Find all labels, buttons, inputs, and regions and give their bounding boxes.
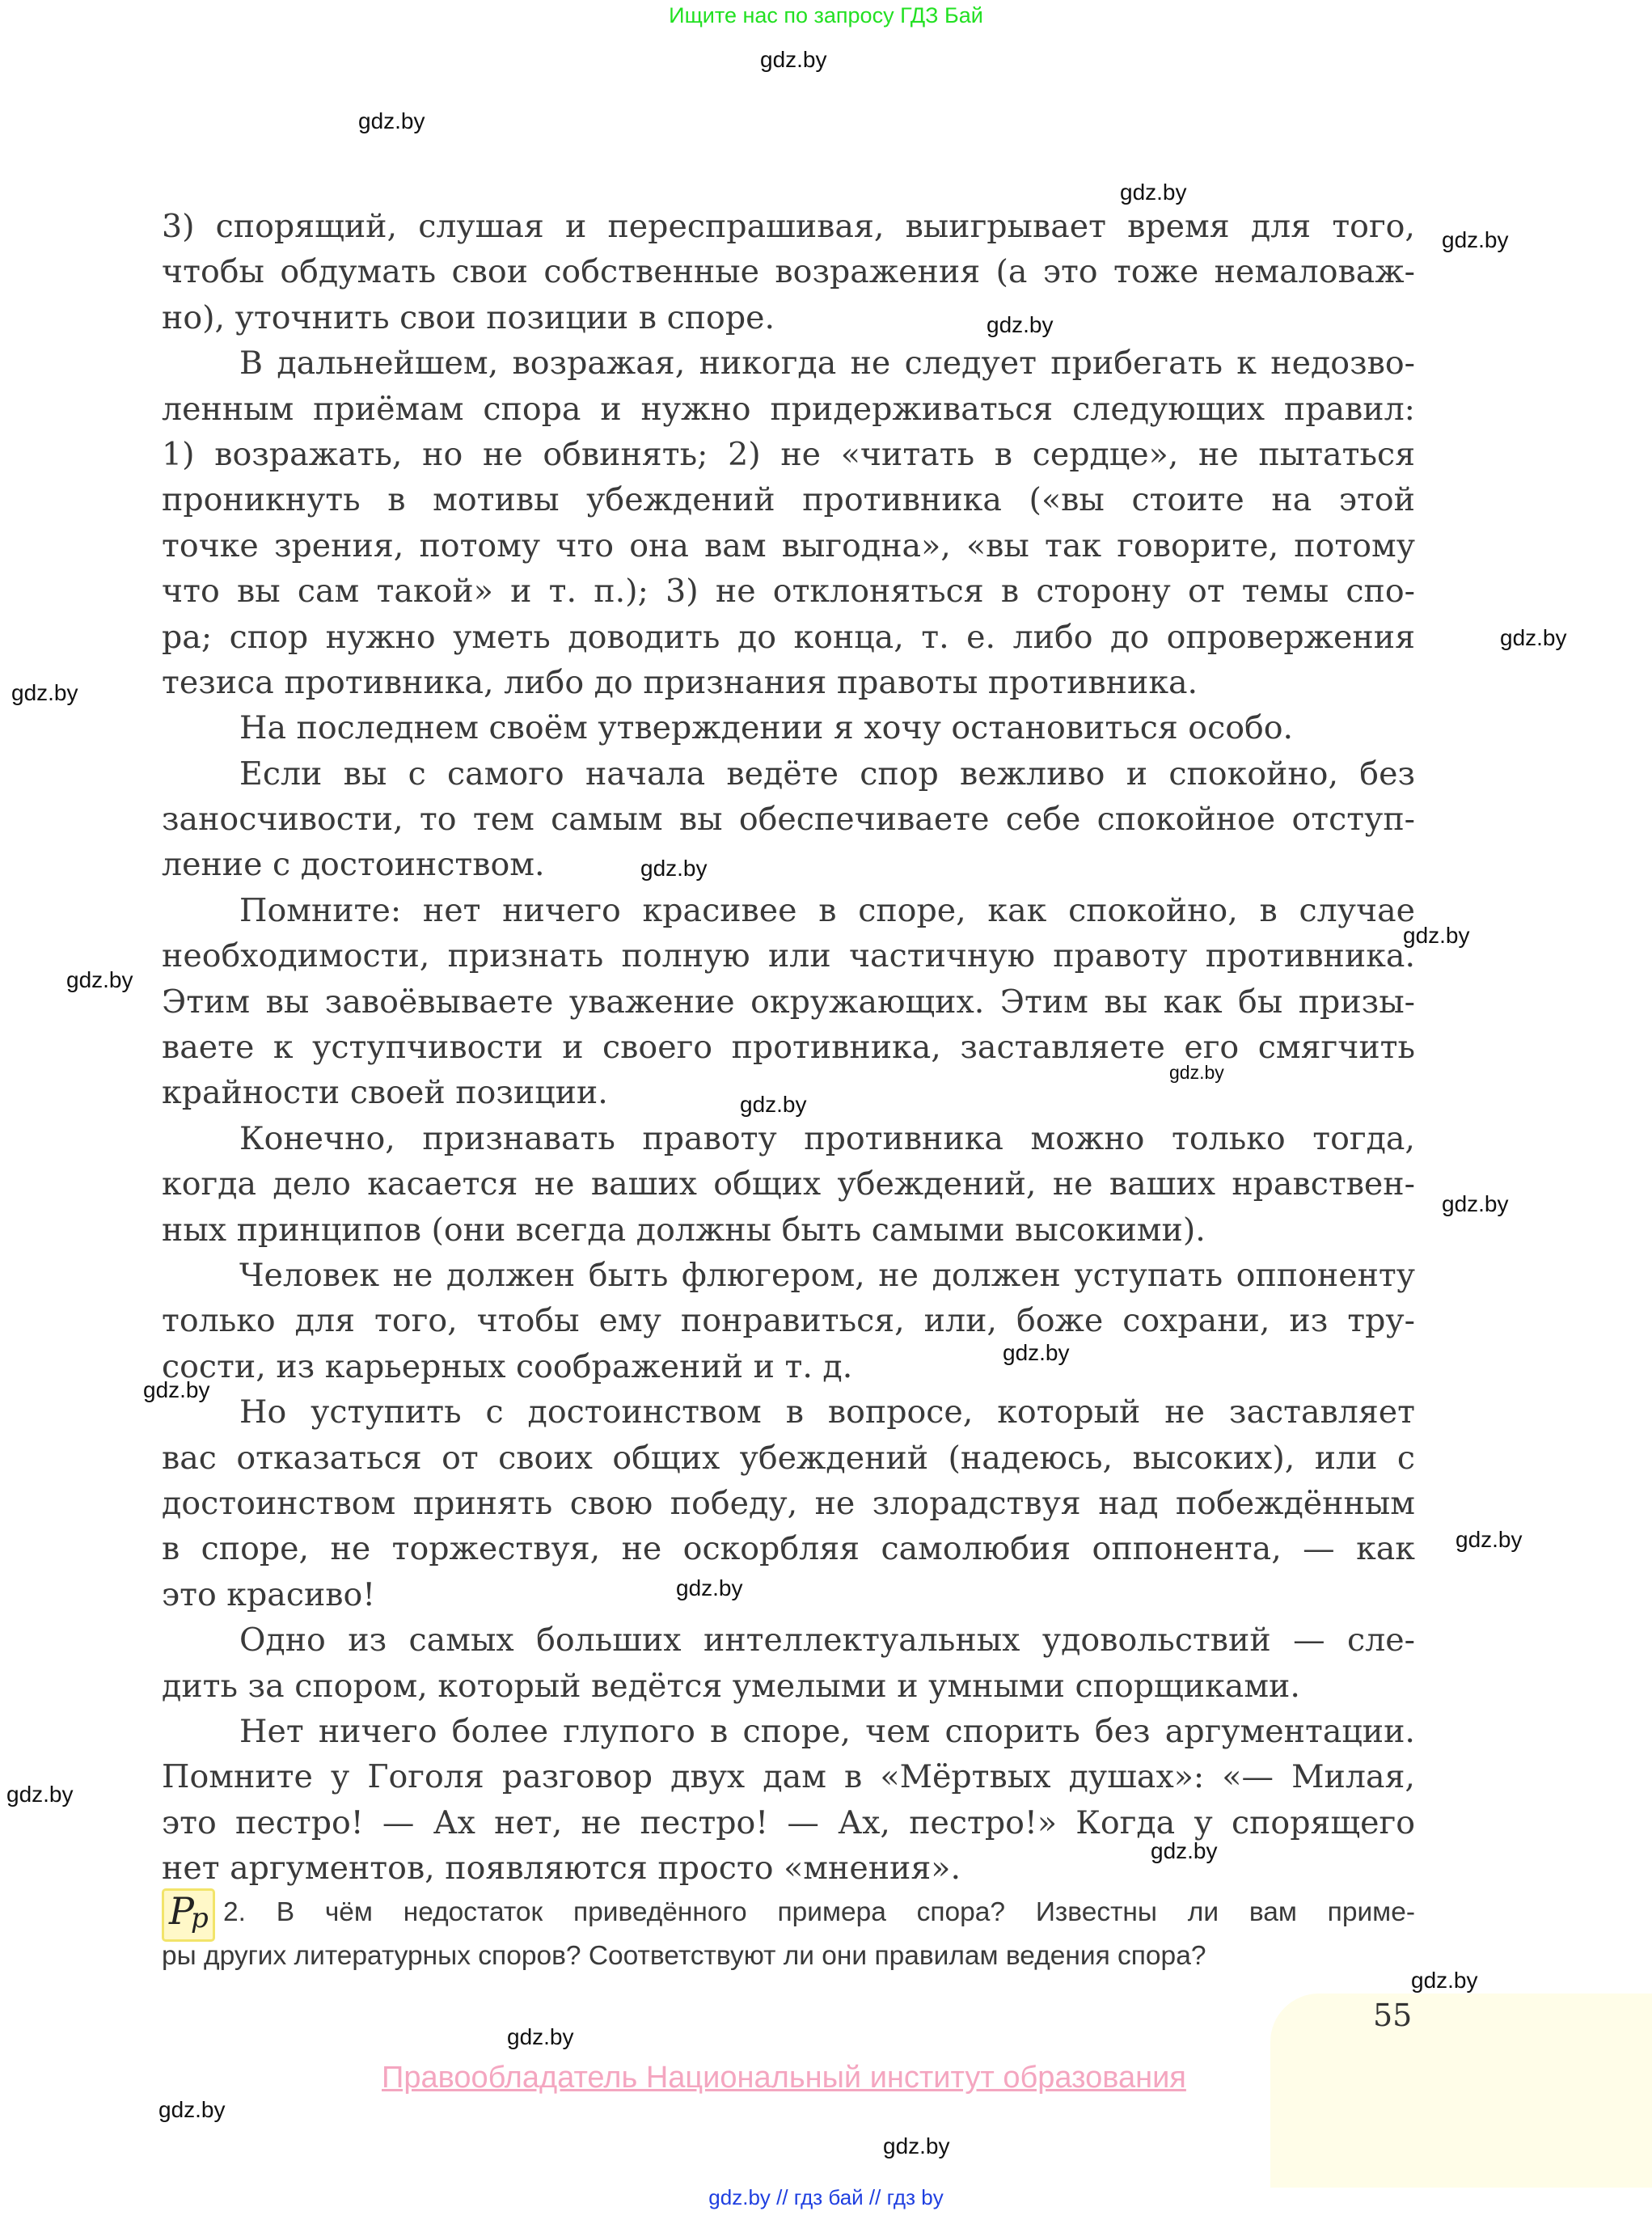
task-line: 2. В чём недостаток приведённого примера… [162,1891,1415,1934]
text-line: нет аргументов, появляются просто «мнени… [162,1846,1415,1891]
page-number: 55 [1373,1998,1412,2033]
text-line: Помните у Гоголя разговор двух дам в «Мё… [162,1754,1415,1799]
watermark: gdz.by [1500,627,1567,649]
text-line: в споре, не торжествуя, не оскорбляя сам… [162,1526,1415,1571]
text-line: но), уточнить свои позиции в споре. [162,295,1415,340]
text-line: крайности своей позиции. [162,1070,1415,1115]
search-banner: Ищите нас по запросу ГДЗ Бай [0,3,1652,28]
text-line: точке зрения, потому что она вам выгодна… [162,523,1415,569]
watermark: gdz.by [66,969,133,991]
text-line: достоинством принять свою победу, не зло… [162,1481,1415,1526]
task-line: ры других литературных споров? Соответст… [162,1934,1415,1978]
text-line: чтобы обдумать свои собственные возражен… [162,249,1415,294]
text-line: Конечно, признавать правоту противника м… [162,1116,1415,1161]
text-line: проникнуть в мотивы убеждений противника… [162,477,1415,522]
text-line: На последнем своём утверждении я хочу ос… [162,705,1415,750]
watermark: gdz.by [760,49,827,71]
footer-links[interactable]: gdz.by // гдз бай // гдз by [0,2185,1652,2210]
text-line: заносчивости, то тем самым вы обеспечива… [162,797,1415,842]
text-line: вас отказаться от своих общих убеждений … [162,1435,1415,1481]
text-line: ра; спор нужно уметь доводить до конца, … [162,615,1415,660]
text-line: тезиса противника, либо до признания пра… [162,660,1415,705]
watermark: gdz.by [158,2099,226,2121]
text-line: ленным приёмам спора и нужно придерживат… [162,387,1415,432]
watermark: gdz.by [1456,1528,1523,1551]
watermark: gdz.by [6,1783,74,1806]
text-line: Помните: нет ничего красивее в споре, ка… [162,888,1415,933]
watermark: gdz.by [1442,229,1509,252]
text-line: ваете к уступчивости и своего противника… [162,1025,1415,1070]
text-line: 1) возражать, но не обвинять; 2) не «чит… [162,432,1415,477]
text-line: Если вы с самого начала ведёте спор вежл… [162,751,1415,797]
text-line: В дальнейшем, возражая, никогда не следу… [162,340,1415,386]
watermark: gdz.by [507,2026,574,2049]
text-line: что вы сам такой» и т. п.); 3) не отклон… [162,569,1415,614]
copyright-link[interactable]: Правообладатель Национальный институт об… [382,2061,1186,2095]
text-line: когда дело касается не ваших общих убежд… [162,1161,1415,1207]
page-corner-decoration [1270,1994,1652,2188]
text-line: сости, из карьерных соображений и т. д. [162,1344,1415,1389]
watermark: gdz.by [11,682,78,704]
text-line: ных принципов (они всегда должны быть са… [162,1207,1415,1253]
text-line: это красиво! [162,1572,1415,1617]
text-line: только для того, чтобы ему понравиться, … [162,1298,1415,1343]
text-line: Нет ничего более глупого в споре, чем сп… [162,1709,1415,1754]
text-line: ление с достоинством. [162,842,1415,887]
text-line: 3) спорящий, слушая и переспрашивая, выи… [162,204,1415,249]
text-line: Человек не должен быть флюгером, не долж… [162,1253,1415,1298]
text-line: необходимости, признать полную или части… [162,933,1415,979]
watermark: gdz.by [1411,1969,1478,1992]
text-line: дить за спором, который ведётся умелыми … [162,1664,1415,1709]
watermark: gdz.by [1120,181,1187,204]
text-line: Этим вы завоёвываете уважение окружающих… [162,979,1415,1025]
watermark: gdz.by [883,2135,950,2158]
text-line: Одно из самых больших интеллектуальных у… [162,1617,1415,1663]
watermark: gdz.by [358,110,425,133]
task-question: 2. В чём недостаток приведённого примера… [162,1891,1415,1978]
watermark: gdz.by [1442,1193,1509,1216]
text-line: Но уступить с достоинством в вопросе, ко… [162,1389,1415,1435]
text-line: это пестро! — Ах нет, не пестро! — Ах, п… [162,1800,1415,1846]
page-body-text: 3) спорящий, слушая и переспрашивая, выи… [162,204,1415,1891]
